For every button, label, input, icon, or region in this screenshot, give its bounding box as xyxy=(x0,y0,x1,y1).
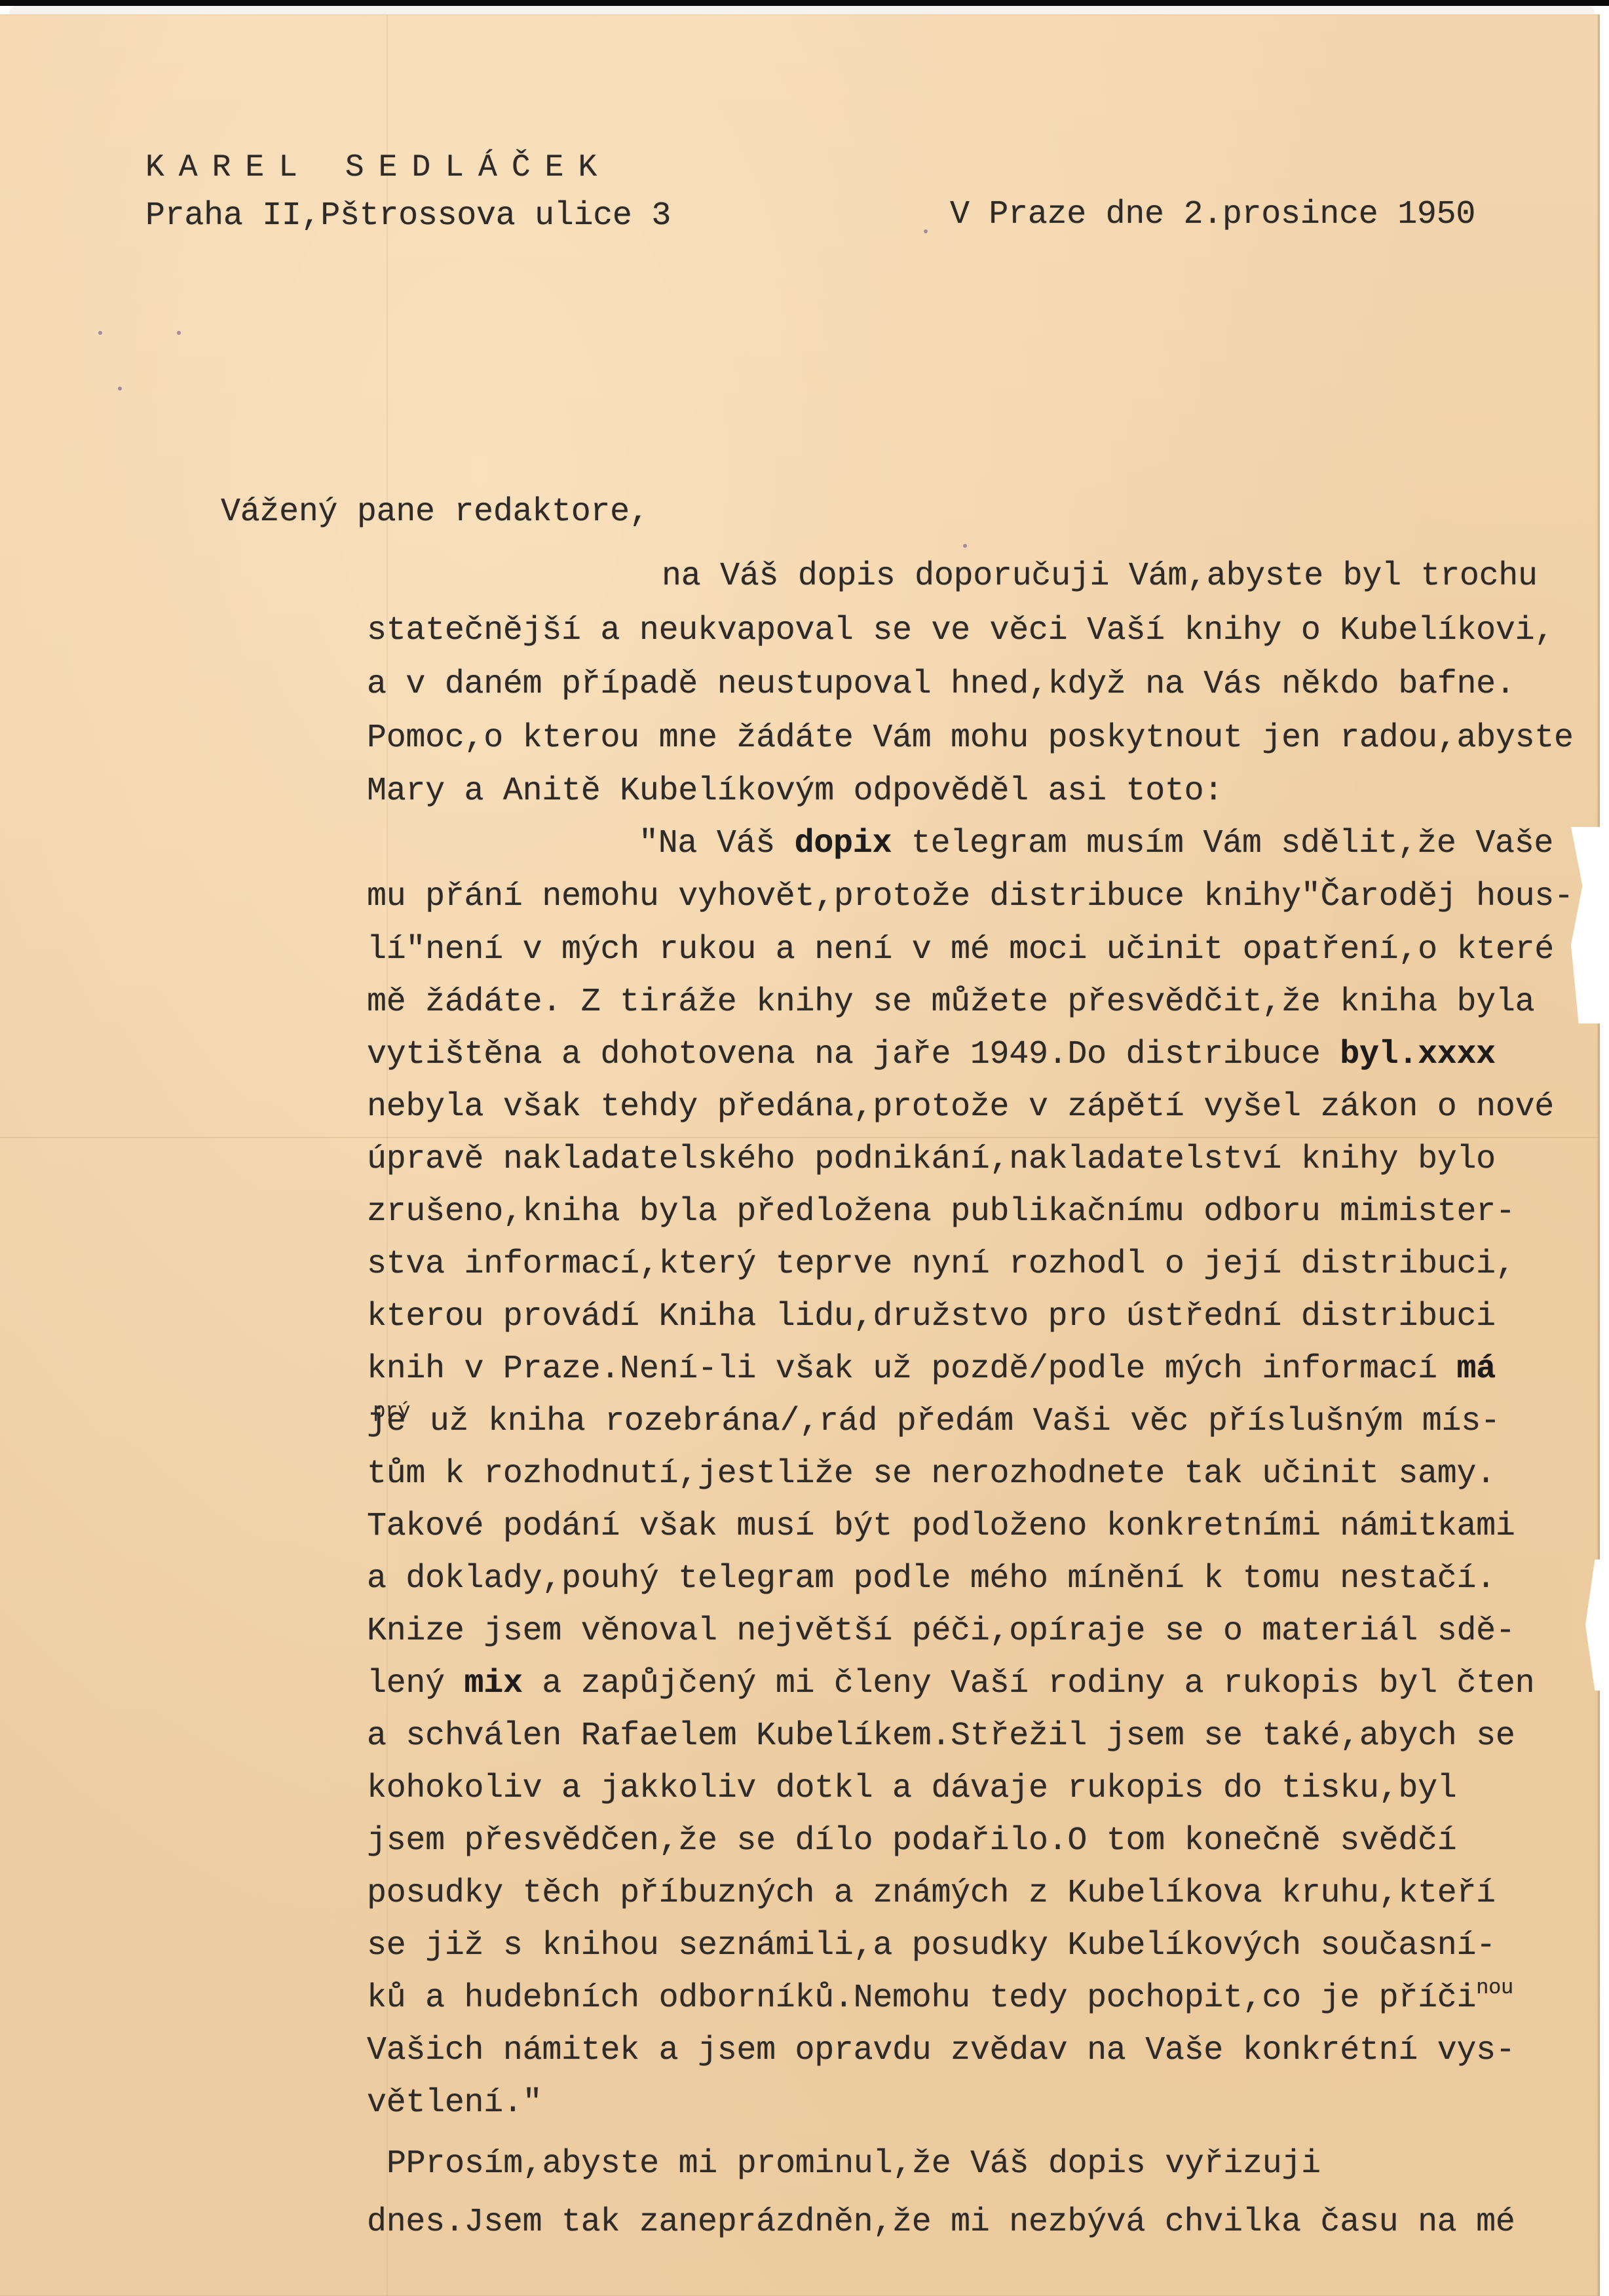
ink-speck xyxy=(177,331,181,335)
scan-top-border xyxy=(0,0,1609,6)
quote-line: lí"není v mých rukou a není v mé moci uč… xyxy=(367,930,1554,970)
quote-line: tům k rozhodnutí,jestliže se nerozhodnet… xyxy=(367,1455,1496,1494)
body-line: statečnější a neukvapoval se ve věci Vaš… xyxy=(367,611,1554,651)
quote-line: posudky těch příbuzných a známých z Kube… xyxy=(367,1874,1496,1913)
quote-line: stva informací,který teprve nyní rozhodl… xyxy=(367,1245,1515,1284)
scan-background xyxy=(9,6,1595,15)
quote-line: ků a hudebních odborníků.Nemohu tedy poc… xyxy=(367,1979,1513,2021)
sender-name: KAREL SEDLÁČEK xyxy=(145,148,611,187)
struck-out-text: byl.xxxx xyxy=(1340,1036,1496,1073)
text-segment: už kniha rozebrána/,rád předám Vaši věc … xyxy=(410,1403,1500,1440)
quote-line: úpravě nakladatelského podnikání,naklada… xyxy=(367,1140,1496,1179)
body-line: Pomoc,o kterou mne žádáte Vám mohu posky… xyxy=(367,719,1574,758)
quote-line: kterou provádí Kniha lidu,družstvo pro ú… xyxy=(367,1297,1496,1337)
text-segment: telegram musím Vám sdělit,že Vaše xyxy=(892,825,1553,862)
ink-speck xyxy=(118,387,122,391)
struck-out-text: mix xyxy=(464,1665,523,1702)
text-segment: vytištěna a dohotovena na jaře 1949.Do d… xyxy=(367,1036,1340,1073)
closing-line: dnes.Jsem tak zaneprázdněn,že mi nezbývá… xyxy=(367,2203,1515,2242)
text-segment: ků a hudebních odborníků.Nemohu tedy poc… xyxy=(367,1980,1476,2017)
salutation: Vážený pane redaktore, xyxy=(221,493,649,532)
quote-line: zrušeno,kniha byla předložena publikační… xyxy=(367,1193,1515,1232)
struck-out-text: dopix xyxy=(795,825,892,862)
struck-out-text: má xyxy=(1456,1350,1495,1388)
quote-line: mu přání nemohu vyhovět,protože distribu… xyxy=(367,877,1574,917)
ink-speck xyxy=(963,544,967,548)
quote-line: nebyla však tehdy předána,protože v zápě… xyxy=(367,1088,1554,1127)
text-segment: lený xyxy=(367,1665,464,1702)
quote-line: Vašich námitek a jsem opravdu zvědav na … xyxy=(367,2031,1515,2071)
quote-line: Knize jsem věnoval největší péči,opíraje… xyxy=(367,1612,1515,1651)
paper-crease xyxy=(0,1137,1600,1138)
quote-line: knih v Praze.Není-li však už pozdě/podle… xyxy=(367,1350,1496,1389)
scan-background xyxy=(1600,14,1609,2296)
inserted-correction: prý xyxy=(373,1399,410,1423)
quote-line: větlení." xyxy=(367,2084,542,2123)
quote-line: se již s knihou seznámili,a posudky Kube… xyxy=(367,1926,1496,1966)
quote-line: mě žádáte. Z tiráže knihy se můžete přes… xyxy=(367,983,1534,1022)
body-line: na Váš dopis doporučuji Vám,abyste byl t… xyxy=(662,557,1538,596)
quote-line: jeprý už kniha rozebrána/,rád předám Vaš… xyxy=(367,1402,1500,1444)
body-line: Mary a Anitě Kubelíkovým odpověděl asi t… xyxy=(367,772,1223,811)
text-segment: a zapůjčený mi členy Vaší rodiny a rukop… xyxy=(523,1665,1535,1702)
quote-line: Takové podání však musí být podloženo ko… xyxy=(367,1507,1515,1546)
closing-line: PProsím,abyste mi prominul,že Váš dopis … xyxy=(387,2145,1321,2184)
quote-line: "Na Váš dopix telegram musím Vám sdělit,… xyxy=(639,824,1553,864)
ink-speck xyxy=(924,229,928,233)
quote-line: a schválen Rafaelem Kubelíkem.Střežil js… xyxy=(367,1717,1515,1756)
ink-speck xyxy=(98,331,102,335)
text-segment: knih v Praze.Není-li však už pozdě/podle… xyxy=(367,1350,1456,1388)
quote-line: lený mix a zapůjčený mi členy Vaší rodin… xyxy=(367,1664,1534,1704)
quote-line: vytištěna a dohotovena na jaře 1949.Do d… xyxy=(367,1035,1496,1075)
quote-line: a doklady,pouhý telegram podle mého míně… xyxy=(367,1559,1496,1599)
quote-line: jsem přesvědčen,že se dílo podařilo.O to… xyxy=(367,1822,1456,1861)
text-segment: "Na Váš xyxy=(639,825,795,862)
sender-address: Praha II,Pštrossova ulice 3 xyxy=(145,197,671,236)
body-line: a v daném případě neustupoval hned,když … xyxy=(367,665,1515,704)
date-line: V Praze dne 2.prosince 1950 xyxy=(950,195,1475,235)
inserted-correction: nou xyxy=(1476,1976,1513,2000)
quote-line: kohokoliv a jakkoliv dotkl a dávaje ruko… xyxy=(367,1769,1456,1808)
